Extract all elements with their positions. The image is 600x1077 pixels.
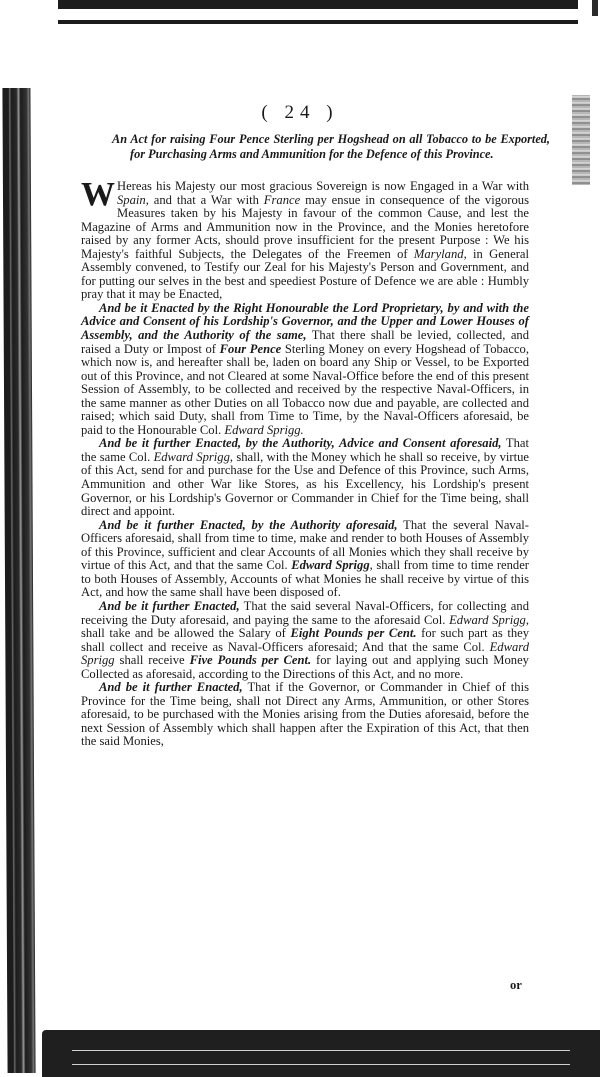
drop-cap: W (81, 181, 115, 209)
text-segment: Hereas his Majesty our most gracious Sov… (117, 179, 529, 193)
page-bottom-edge-decoration (42, 1030, 600, 1077)
text-segment-bold-italic: And be it further Enacted, (99, 680, 243, 694)
text-segment: , and that a War with (146, 193, 264, 207)
text-segment-bold-italic: And be it further Enacted, by the Author… (99, 436, 502, 450)
act-title: An Act for raising Four Pence Sterling p… (112, 132, 550, 162)
edge-line (72, 1064, 570, 1065)
text-segment-italic: Edward Sprigg (449, 613, 526, 627)
paragraph-preamble: WHereas his Majesty our most gracious So… (81, 180, 529, 302)
text-segment: shall receive (115, 653, 190, 667)
text-segment-bold-italic: And be it further Enacted, (99, 599, 240, 613)
paragraph-enactment-purchase: And be it further Enacted, by the Author… (81, 437, 529, 518)
text-segment-bold-italic: Edward Sprigg (291, 558, 369, 572)
text-segment-italic: Maryland (414, 247, 464, 261)
page-top-edge-decoration (58, 0, 578, 24)
text-segment-italic: Four Pence (220, 342, 282, 356)
text-segment-bold-italic: Five Pounds per Cent. (190, 653, 312, 667)
text-segment-bold-italic: And be it further Enacted, by the Author… (99, 518, 398, 532)
text-segment-italic: Edward Sprigg (154, 450, 230, 464)
book-binding-left (2, 88, 35, 1073)
text-segment-italic: France (264, 193, 300, 207)
catchword: or (510, 978, 522, 993)
edge-line (72, 1050, 570, 1051)
page-number: ( 24 ) (0, 102, 600, 124)
document-body: WHereas his Majesty our most gracious So… (81, 180, 529, 749)
text-segment-bold-italic: Eight Pounds per Cent. (290, 626, 416, 640)
text-segment: Sterling Money on every Hogshead of Toba… (81, 342, 529, 437)
paragraph-enactment-governor: And be it further Enacted, That if the G… (81, 681, 529, 749)
text-segment-italic: Spain (117, 193, 146, 207)
text-segment-italic: Edward Sprigg. (224, 423, 303, 437)
paragraph-enactment-duty: And be it Enacted by the Right Honourabl… (81, 302, 529, 437)
paragraph-enactment-salary: And be it further Enacted, That the said… (81, 600, 529, 681)
paragraph-enactment-accounts: And be it further Enacted, by the Author… (81, 519, 529, 600)
